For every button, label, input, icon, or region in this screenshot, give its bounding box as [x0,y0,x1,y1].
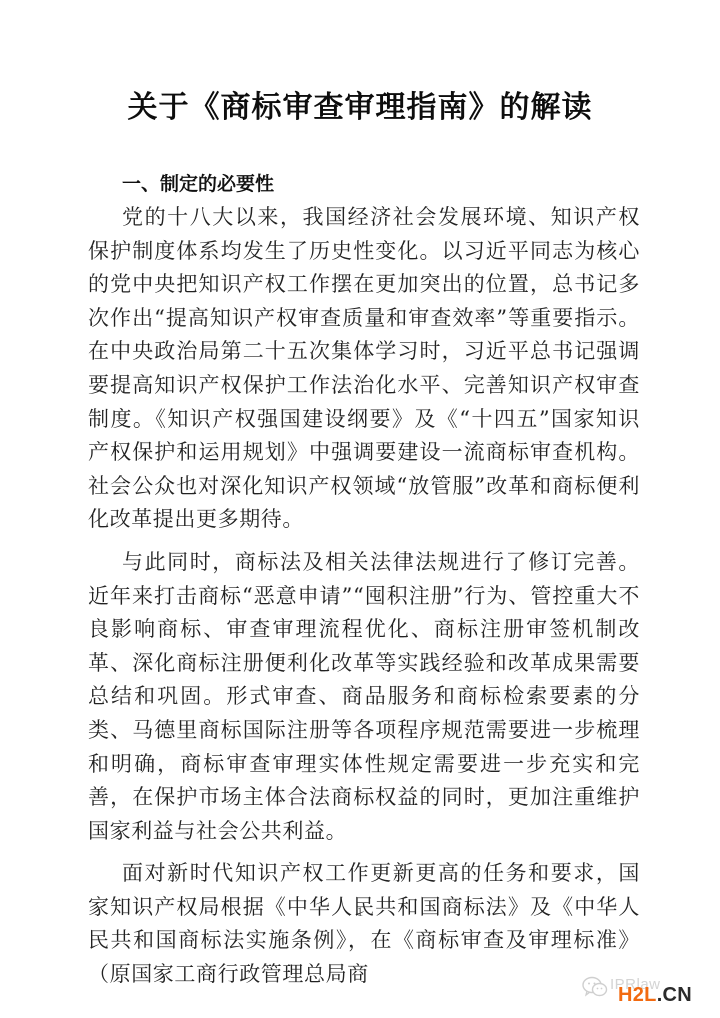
document-page: 关于《商标审查审理指南》的解读 一、制定的必要性 党的十八大以来，我国经济社会发… [0,0,720,1018]
paragraph-2: 与此同时，商标法及相关法律法规进行了修订完善。近年来打击商标“恶意申请”“囤积注… [88,546,640,848]
watermark-brand-cn: .CN [657,984,692,1006]
section-heading: 一、制定的必要性 [88,168,640,201]
paragraph-3: 面对新时代知识产权工作更新更高的任务和要求，国家知识产权局根据《中华人民共和国商… [88,857,640,991]
wechat-icon [582,976,608,998]
page-number: 1 [0,904,720,920]
paragraph-1: 党的十八大以来，我国经济社会发展环境、知识产权保护制度体系均发生了历史性变化。以… [88,201,640,537]
document-body: 一、制定的必要性 党的十八大以来，我国经济社会发展环境、知识产权保护制度体系均发… [88,168,640,992]
document-title: 关于《商标审查审理指南》的解读 [0,88,720,128]
watermark-brand: H2L.CN [618,984,692,1006]
watermark-brand-h2l: H2L [618,984,657,1006]
watermark: IPRlaw H2L.CN [582,974,708,1008]
